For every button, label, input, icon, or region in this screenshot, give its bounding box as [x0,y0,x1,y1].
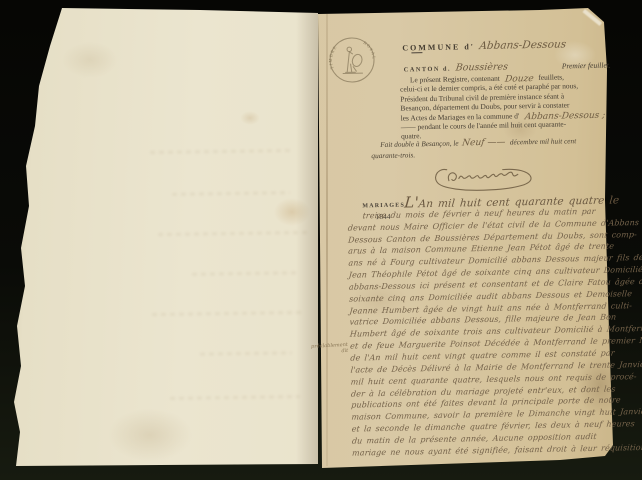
ink-showthrough [200,351,292,355]
right-page-content: TIMBRE ROYAL COMMUNE d'Abbans-Dessous CA… [313,0,622,480]
print-text: décembre mil huit cent [510,136,577,146]
divider-dash [411,52,422,53]
commune-fill-handwritten: Abbans-Dessous ; [524,111,605,122]
ink-showthrough [152,311,302,316]
commune-value-handwritten: Abbans-Dessous [478,38,566,52]
date-fill-handwritten: Neuf —— [462,138,506,149]
ink-showthrough [172,191,290,196]
ink-showthrough [158,231,308,236]
ink-showthrough [150,149,290,154]
commune-line: COMMUNE d'Abbans-Dessous [402,34,566,55]
ink-showthrough [192,271,300,276]
marriage-act-handwritten-text: L'An mil huit cent quarante quatre le tr… [347,193,642,459]
president-signature-flourish-icon [425,160,544,200]
ink-showthrough [170,395,300,400]
marginal-correction-note: préalablement dit [304,343,349,357]
print-text: feuillets, [538,72,564,81]
svg-text:ROYAL: ROYAL [362,40,376,61]
register-declaration: Le présent Registre, contenantDouzefeuil… [400,72,606,142]
stamp-right-text: ROYAL [362,40,376,61]
fait-double-line2: quarante-trois. [371,150,415,160]
timbre-royal-stamp-icon: TIMBRE ROYAL [328,36,376,84]
feuillets-count-handwritten: Douze [504,75,534,85]
scanned-register-photo: TIMBRE ROYAL COMMUNE d'Abbans-Dessous CA… [0,0,642,480]
commune-label: COMMUNE d' [402,42,475,52]
print-text: Fait double à Besançon, le [380,138,459,149]
